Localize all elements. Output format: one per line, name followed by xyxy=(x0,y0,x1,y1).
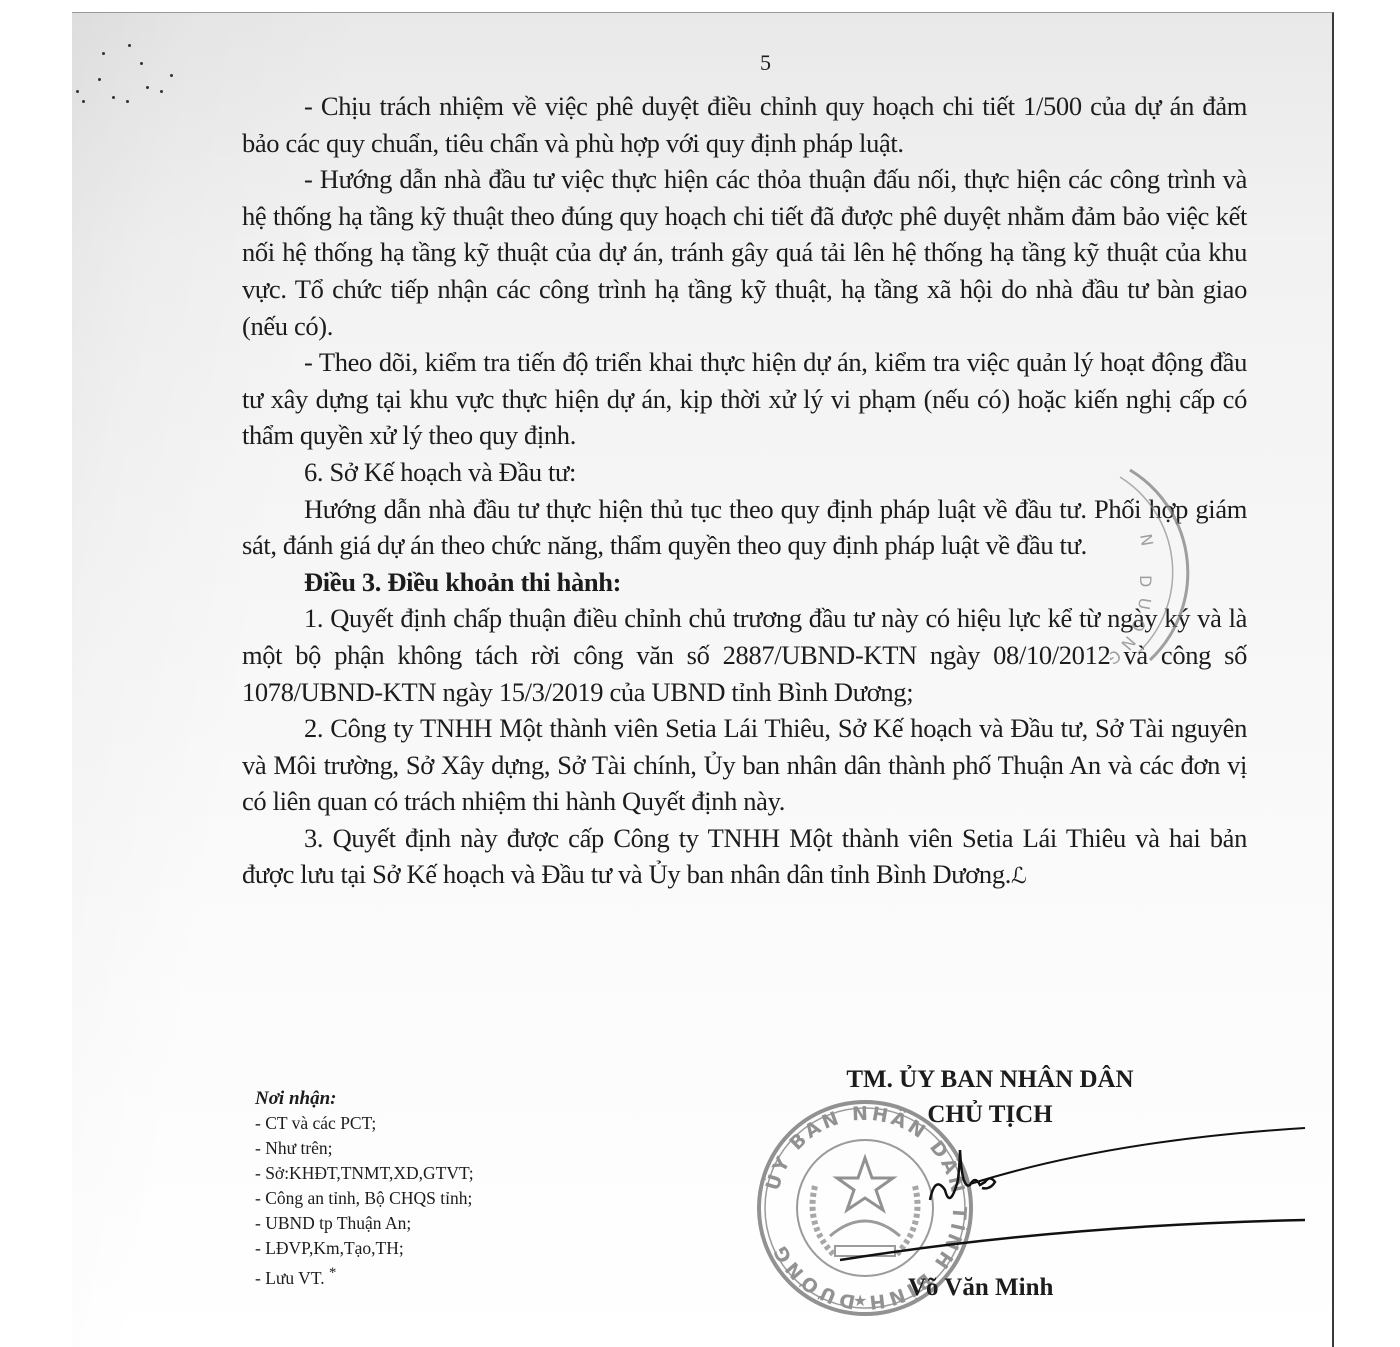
scan-speckles xyxy=(72,40,182,110)
svg-text:G: G xyxy=(1110,646,1125,665)
paragraph-monitoring: - Theo dõi, kiểm tra tiến độ triển khai … xyxy=(242,344,1247,454)
recipient-item: - Như trên; xyxy=(255,1136,474,1161)
recipient-item: - UBND tp Thuận An; xyxy=(255,1211,474,1236)
article-item-2: 2. Công ty TNHH Một thành viên Setia Lái… xyxy=(242,710,1247,820)
signer-name: Võ Văn Minh xyxy=(908,1274,1053,1302)
article-heading: Điều 3. Điều khoản thi hành: xyxy=(242,564,1247,601)
svg-text:★: ★ xyxy=(853,1291,867,1310)
initial-mark: ℒ xyxy=(1011,864,1027,889)
recipient-item-text: - Lưu VT. xyxy=(255,1268,325,1288)
recipient-item: - LĐVP,Km,Tạo,TH; xyxy=(255,1236,474,1261)
svg-text:O: O xyxy=(1127,615,1150,634)
recipients-title: Nơi nhận: xyxy=(255,1086,474,1111)
article-item-3: 3. Quyết định này được cấp Công ty TNHH … xyxy=(242,820,1247,896)
signing-organization: TM. ỦY BAN NHÂN DÂN xyxy=(800,1062,1180,1097)
svg-text:U: U xyxy=(1134,596,1155,611)
recipient-item: - Sở:KHĐT,TNMT,XD,GTVT; xyxy=(255,1161,474,1186)
section-heading-dept-planning: 6. Sở Kế hoạch và Đầu tư: xyxy=(242,454,1247,491)
paragraph-approval-responsibility: - Chịu trách nhiệm về việc phê duyệt điề… xyxy=(242,88,1247,161)
paragraph-dept-planning-duties: Hướng dẫn nhà đầu tư thực hiện thủ tục t… xyxy=(242,491,1247,564)
handwritten-signature xyxy=(810,1120,1310,1280)
article-item-3-text: 3. Quyết định này được cấp Công ty TNHH … xyxy=(242,823,1247,890)
recipient-item: - CT và các PCT; xyxy=(255,1111,474,1136)
svg-text:D: D xyxy=(1136,575,1155,587)
partial-seal-stamp: N D U O N G xyxy=(1110,465,1220,665)
svg-text:N: N xyxy=(1117,632,1139,653)
paragraph-infrastructure-guidance: - Hướng dẫn nhà đầu tư việc thực hiện cá… xyxy=(242,161,1247,344)
document-body: - Chịu trách nhiệm về việc phê duyệt điề… xyxy=(242,88,1247,896)
article-item-1: 1. Quyết định chấp thuận điều chỉnh chủ … xyxy=(242,600,1247,710)
svg-text:N: N xyxy=(1136,532,1157,547)
recipient-item: - Lưu VT. * xyxy=(255,1261,474,1291)
page-number: 5 xyxy=(760,50,771,76)
recipient-mark: * xyxy=(329,1265,336,1281)
recipient-item: - Công an tỉnh, Bộ CHQS tỉnh; xyxy=(255,1186,474,1211)
recipients-list: Nơi nhận: - CT và các PCT; - Như trên; -… xyxy=(255,1086,474,1291)
